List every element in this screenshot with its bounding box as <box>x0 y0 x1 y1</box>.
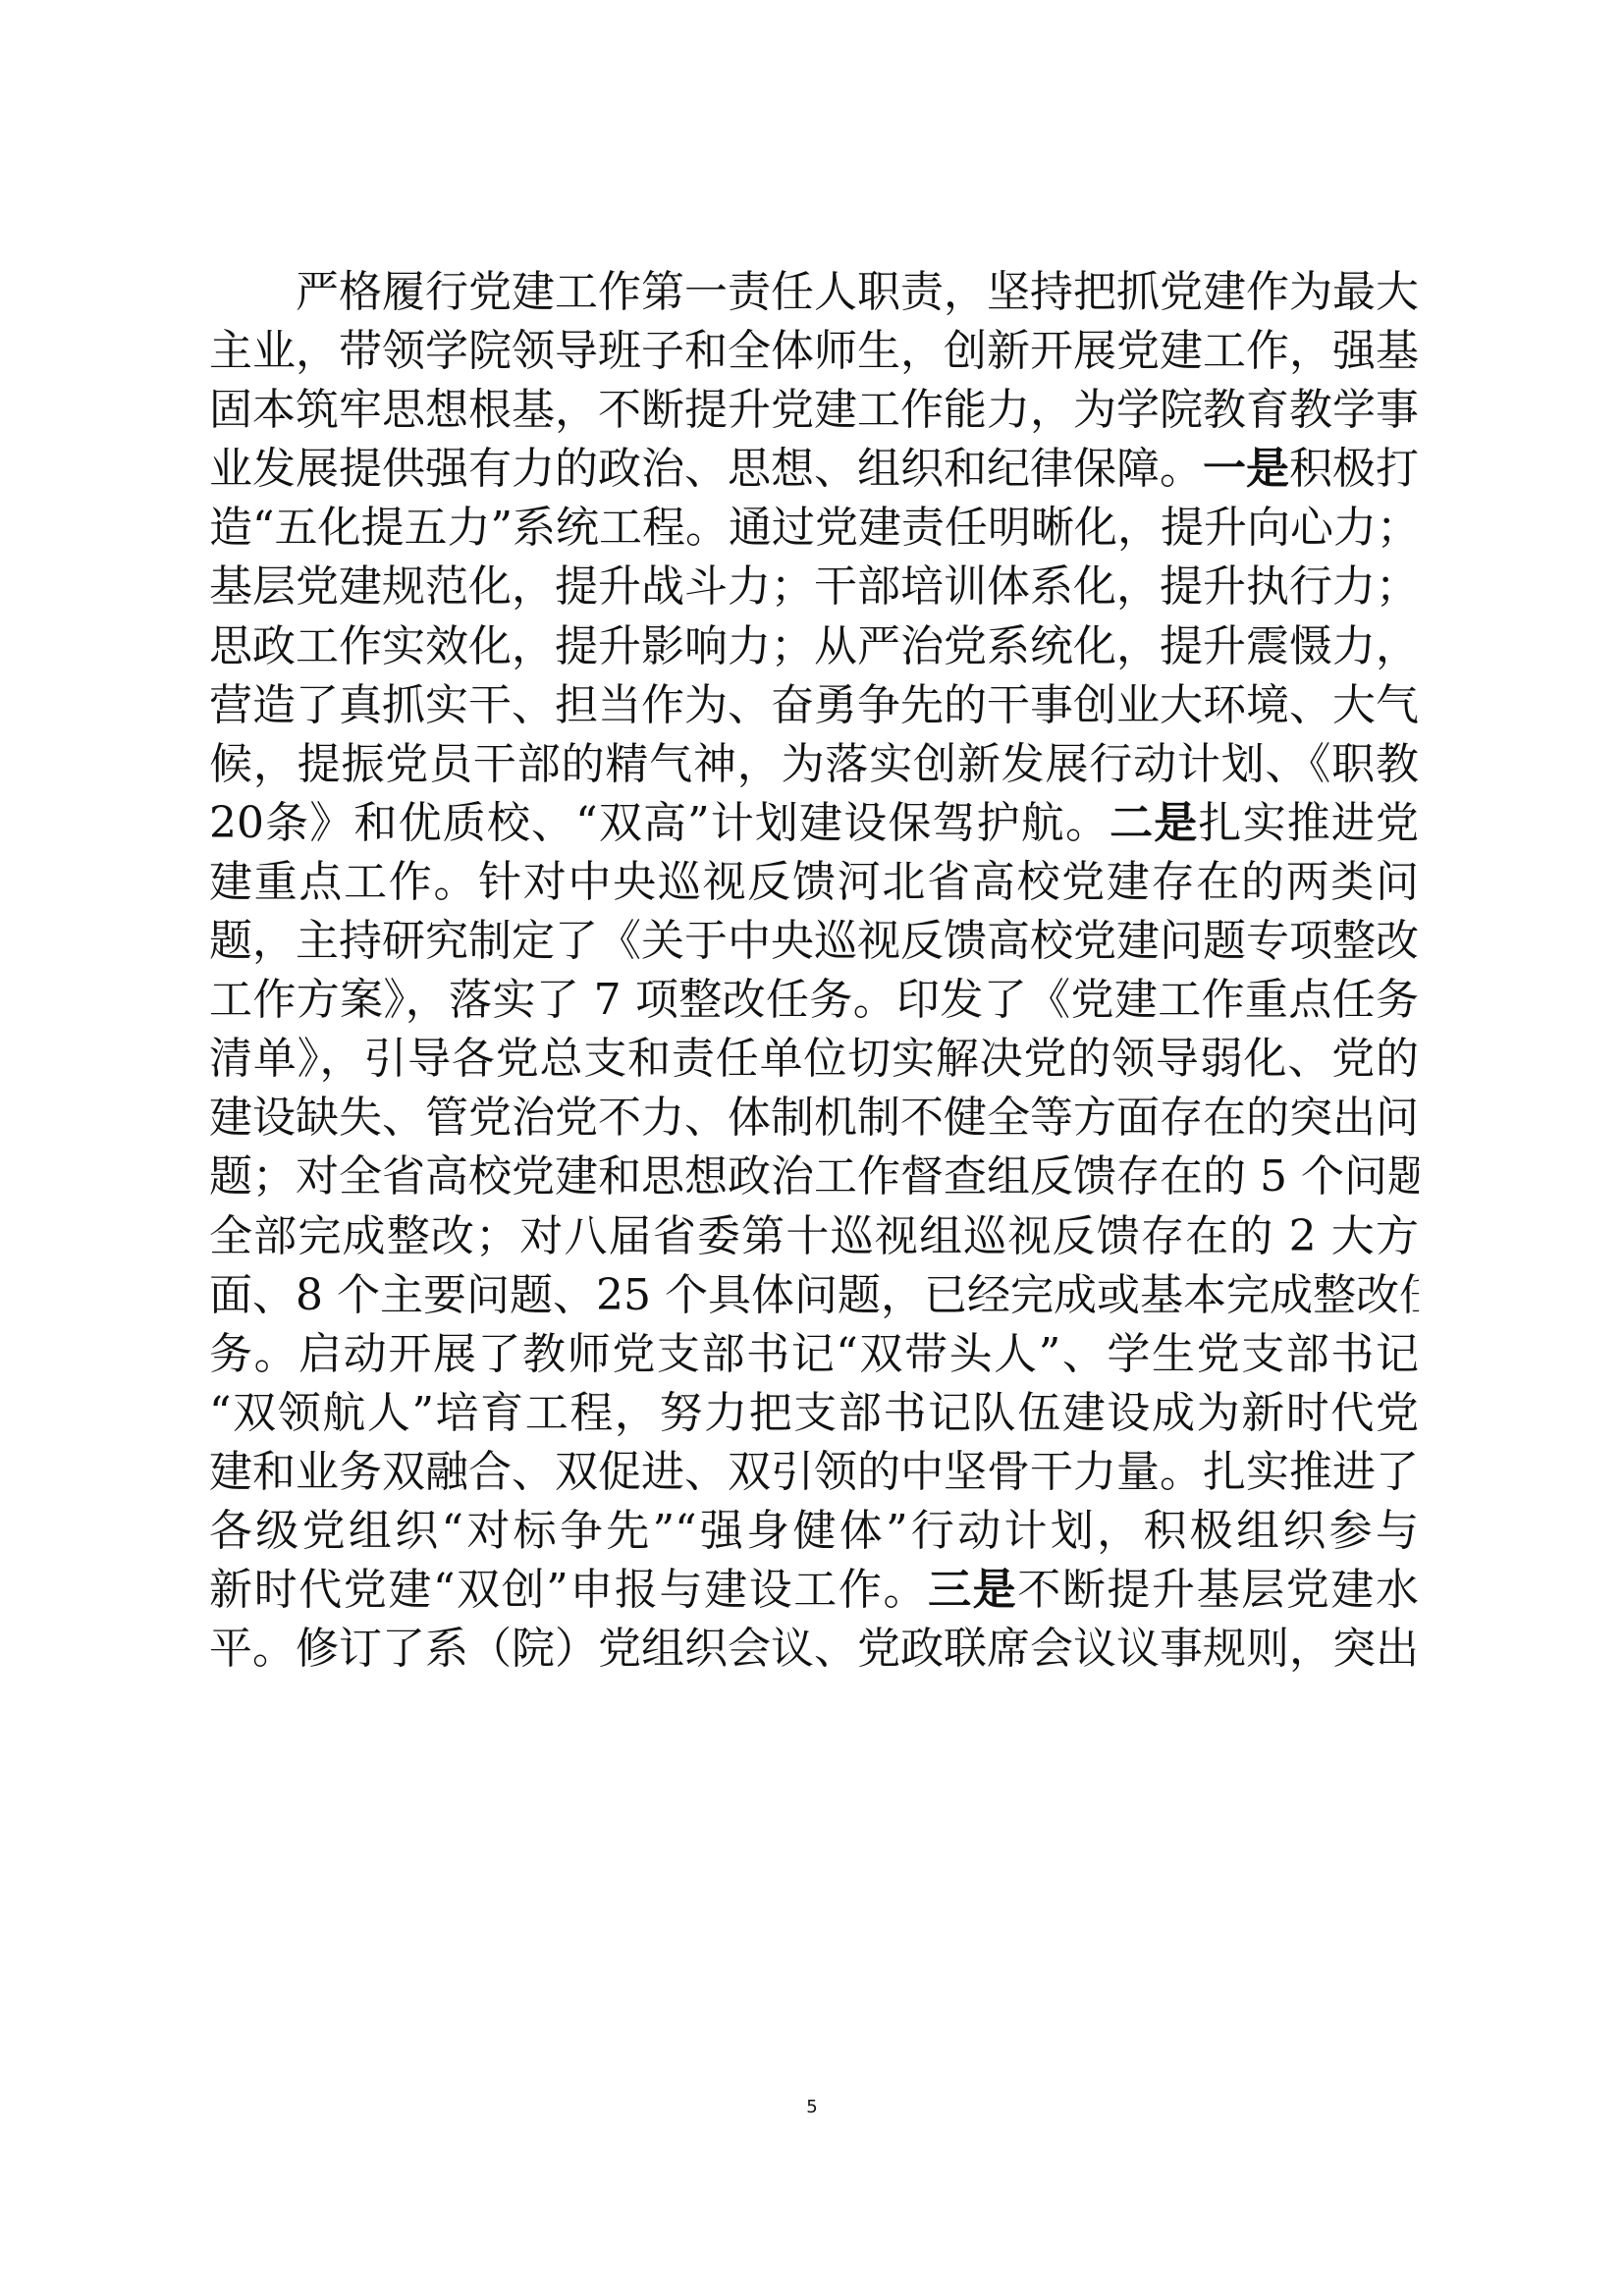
text-line: 题；对全省高校党建和思想政治工作督查组反馈存在的 5 个问题 <box>209 1148 1419 1206</box>
text-line: 建和业务双融合、双促进、双引领的中坚骨干力量。扎实推进了 <box>209 1443 1419 1502</box>
text-line: 基层党建规范化，提升战斗力；干部培训体系化，提升执行力； <box>209 558 1419 616</box>
text-line: 平。修订了系（院）党组织会议、党政联席会议议事规则，突出 <box>209 1620 1419 1679</box>
text-line: 工作方案》，落实了 7 项整改任务。印发了《党建工作重点任务 <box>209 971 1419 1030</box>
text-segment: 不断提升基层党建水 <box>1017 1565 1419 1615</box>
text-line: 务。启动开展了教师党支部书记“双带头人”、学生党支部书记 <box>209 1325 1419 1384</box>
bold-marker-1: 一是 <box>1203 444 1289 494</box>
text-line: 固本筑牢思想根基，不断提升党建工作能力，为学院教育教学事 <box>209 381 1419 440</box>
text-line: 候，提振党员干部的精气神，为落实创新发展行动计划、《职教 <box>209 735 1419 794</box>
text-line: 主业，带领学院领导班子和全体师生，创新开展党建工作，强基 <box>209 322 1419 381</box>
text-line: 各级党组织“对标争先”“强身健体”行动计划，积极组织参与 <box>209 1502 1419 1561</box>
text-segment: 积极打 <box>1289 444 1419 494</box>
text-segment: 业发展提供强有力的政治、思想、组织和纪律保障。 <box>209 444 1203 494</box>
text-line: 新时代党建“双创”申报与建设工作。三是不断提升基层党建水 <box>209 1561 1419 1620</box>
body-paragraph: 严格履行党建工作第一责任人职责，坚持把抓党建作为最大 主业，带领学院领导班子和全… <box>209 263 1419 1679</box>
text-line: 严格履行党建工作第一责任人职责，坚持把抓党建作为最大 <box>209 263 1419 322</box>
text-line: 营造了真抓实干、担当作为、奋勇争先的干事创业大环境、大气 <box>209 676 1419 735</box>
text-line: 建设缺失、管党治党不力、体制机制不健全等方面存在的突出问 <box>209 1089 1419 1148</box>
bold-marker-3: 三是 <box>928 1565 1017 1615</box>
page-number: 5 <box>0 2097 1624 2117</box>
text-segment: 新时代党建“双创”申报与建设工作。 <box>209 1565 928 1615</box>
text-segment: 20条》和优质校、“双高”计划建设保驾护航。 <box>209 798 1110 848</box>
text-line: 思政工作实效化，提升影响力；从严治党系统化，提升震慑力， <box>209 617 1419 676</box>
text-line: 清单》，引导各党总支和责任单位切实解决党的领导弱化、党的 <box>209 1030 1419 1089</box>
text-line: 20条》和优质校、“双高”计划建设保驾护航。二是扎实推进党 <box>209 794 1419 853</box>
document-page: 严格履行党建工作第一责任人职责，坚持把抓党建作为最大 主业，带领学院领导班子和全… <box>0 0 1624 2296</box>
bold-marker-2: 二是 <box>1110 798 1198 848</box>
text-line: 题，主持研究制定了《关于中央巡视反馈高校党建问题专项整改 <box>209 912 1419 971</box>
text-line: 业发展提供强有力的政治、思想、组织和纪律保障。一是积极打 <box>209 440 1419 499</box>
text-line: 全部完成整改；对八届省委第十巡视组巡视反馈存在的 2 大方 <box>209 1207 1419 1266</box>
text-line: 造“五化提五力”系统工程。通过党建责任明晰化，提升向心力； <box>209 499 1419 558</box>
text-segment: 扎实推进党 <box>1198 798 1419 848</box>
text-line: 建重点工作。针对中央巡视反馈河北省高校党建存在的两类问 <box>209 853 1419 912</box>
text-line: 面、8 个主要问题、25 个具体问题，已经完成或基本完成整改任 <box>209 1266 1419 1325</box>
text-line: “双领航人”培育工程，努力把支部书记队伍建设成为新时代党 <box>209 1384 1419 1443</box>
